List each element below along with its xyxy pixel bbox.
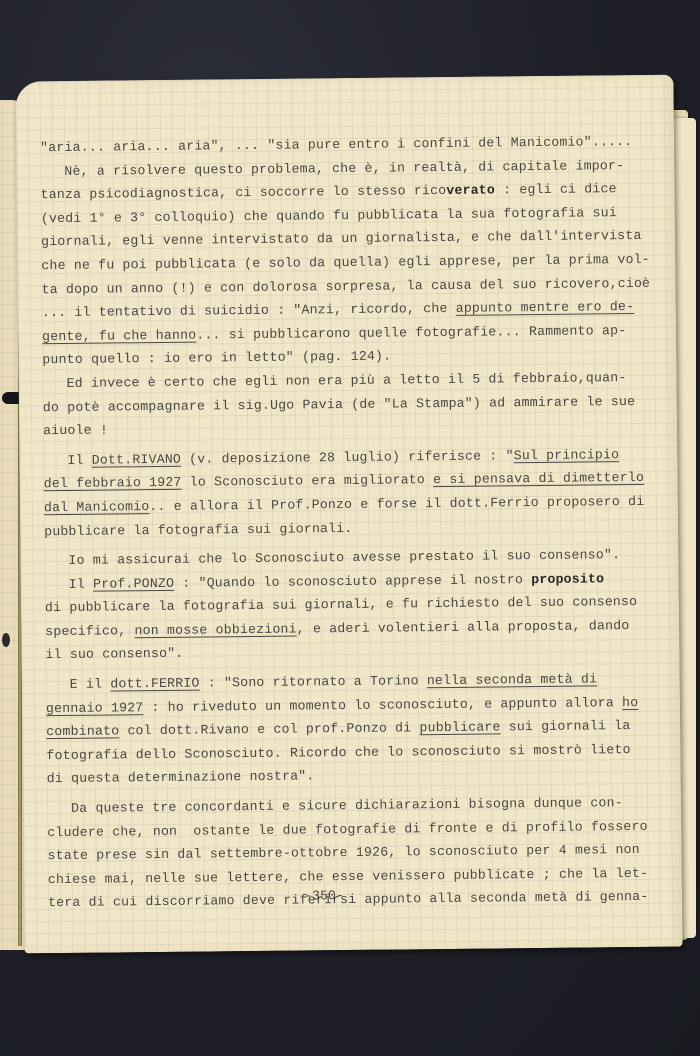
text-segment: sui giornali la xyxy=(501,718,631,734)
text-segment: : "Quando lo sconosciuto apprese il nost… xyxy=(174,572,531,591)
underlined-text: pubblicare xyxy=(419,720,500,736)
text-segment: il suo consenso". xyxy=(45,646,183,662)
text-segment: tanza psicodiagnostica, ci soccorre lo s… xyxy=(41,183,447,202)
text-segment: Nè, a risolvere questo problema, che è, … xyxy=(64,158,624,179)
underlined-text: del febbraio 1927 xyxy=(44,475,182,491)
underlined-text: e si pensava di dimetterlo xyxy=(433,470,644,487)
text-segment: : ho riveduto un momento lo sconosciuto,… xyxy=(143,695,622,715)
underlined-text: Prof.PONZO xyxy=(93,576,174,592)
text-line: il suo consenso". xyxy=(45,640,645,670)
text-line: pubblicare la fotografia sui giornali. xyxy=(44,516,644,546)
text-segment: Il xyxy=(69,576,93,591)
text-segment: ... il tentativo di suicidio : "Anzi, ri… xyxy=(42,301,456,320)
punch-hole-icon xyxy=(2,633,10,647)
text-segment: aiuole ! xyxy=(43,423,108,439)
text-segment: Ed invece è certo che egli non era più a… xyxy=(67,370,627,391)
text-segment: Il xyxy=(67,452,91,467)
text-segment: .. e allora il Prof.Ponzo e forse il dot… xyxy=(149,494,644,514)
text-segment: di questa determinazione nostra". xyxy=(47,769,315,787)
text-segment: (v. deposizione 28 luglio) riferisce : " xyxy=(181,448,514,466)
underlined-text: dal Manicomio xyxy=(44,499,150,515)
text-segment: specifico, xyxy=(45,623,134,639)
underlined-text: combinato xyxy=(46,724,119,740)
underlined-text: nella seconda metà di xyxy=(427,671,598,688)
underlined-text: gente, fu che hanno xyxy=(42,327,196,344)
text-segment: E il xyxy=(70,677,111,692)
text-segment: "aria... aria... aria", ... "sia pure en… xyxy=(40,134,632,155)
text-segment: (vedi 1° e 3° colloquio) che quando fu p… xyxy=(41,205,617,226)
typewritten-page: "aria... aria... aria", ... "sia pure en… xyxy=(15,75,682,954)
text-segment: pubblicare la fotografia sui giornali. xyxy=(44,520,352,538)
underlined-text: appunto mentre ero de- xyxy=(456,299,635,316)
text-segment: Da queste tre concordanti e sicure dichi… xyxy=(71,795,623,816)
text-segment: ... si pubblicarono quelle fotografie...… xyxy=(196,323,626,343)
underlined-text: Dott.RIVANO xyxy=(92,451,181,467)
text-segment: : "Sono ritornato a Torino xyxy=(200,673,427,690)
underlined-text: dott.FERRIO xyxy=(110,676,199,692)
text-segment: : egli ci dice xyxy=(495,181,617,197)
underlined-text: non mosse obbiezioni xyxy=(134,621,296,638)
bold-text: verato xyxy=(446,183,495,199)
text-segment: col dott.Rivano e col prof.Ponzo di xyxy=(119,721,419,739)
text-line: aiuole ! xyxy=(43,416,643,446)
text-segment: punto quello : io ero in letto" (pag. 12… xyxy=(42,349,391,368)
text-segment: Io mi assicurai che lo Sconosciuto avess… xyxy=(68,547,620,568)
page-body-text: "aria... aria... aria", ... "sia pure en… xyxy=(40,133,648,918)
underlined-text: ho xyxy=(622,695,638,710)
bold-text: proposito xyxy=(531,571,604,587)
text-segment: , e aderì volentieri alla proposta, dand… xyxy=(297,618,630,636)
text-segment: lo Sconosciuto era migliorato xyxy=(182,472,434,490)
underlined-text: gennaio 1927 xyxy=(46,700,144,716)
text-line: di questa determinazione nostra". xyxy=(47,764,647,794)
underlined-text: Sul principio xyxy=(514,447,620,463)
